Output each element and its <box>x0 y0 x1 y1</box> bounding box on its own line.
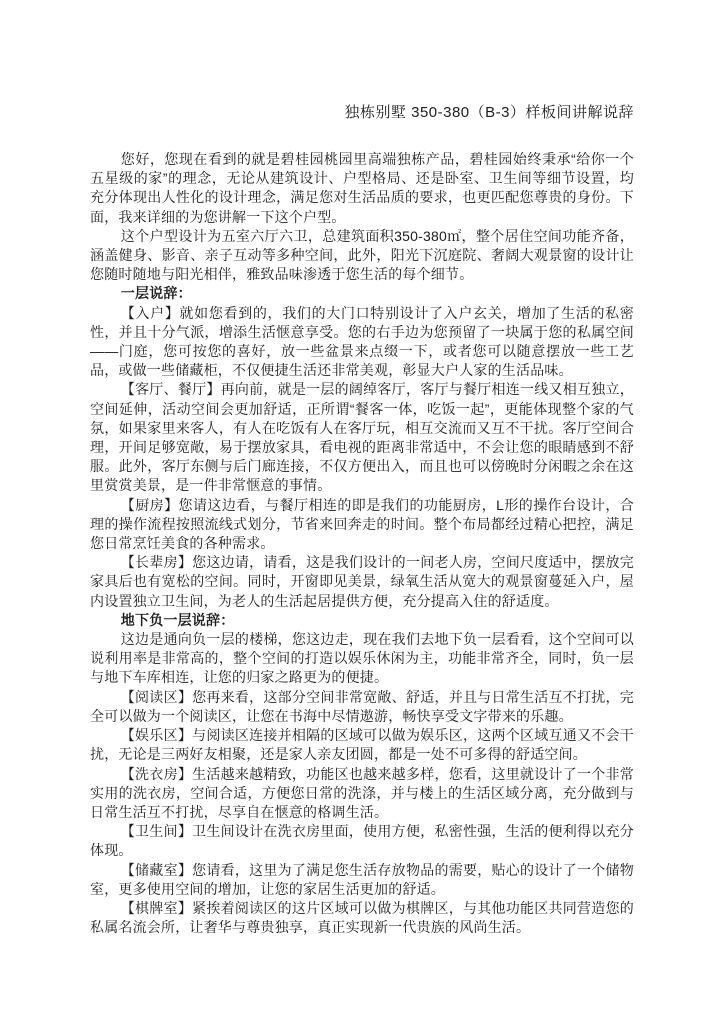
paragraph: 【储藏室】您请看，这里为了满足您生活存放物品的需要，贴心的设计了一个储物室，更多… <box>90 861 634 899</box>
paragraph: 【厨房】您请这边看，与餐厅相连的即是我们的功能厨房，L形的操作台设计，合理的操作… <box>90 496 634 554</box>
document-body: 您好，您现在看到的就是碧桂园桃园里高端独栋产品，碧桂园始终秉承“给你一个五星级的… <box>90 150 634 937</box>
section-heading: 地下负一层说辞： <box>90 611 634 630</box>
paragraph: 【长辈房】您这边请，请看，这是我们设计的一间老人房，空间尺度适中，摆放完家具后也… <box>90 553 634 611</box>
paragraph: 这个户型设计为五室六厅六卫，总建筑面积350-380㎡，整个居住空间功能齐备，涵… <box>90 227 634 285</box>
paragraph: 【洗衣房】生活越来越精致，功能区也越来越多样，您看，这里就设计了一个非常实用的洗… <box>90 765 634 823</box>
paragraph: 【阅读区】您再来看，这部分空间非常宽敞、舒适，并且与日常生活互不打扰，完全可以做… <box>90 688 634 726</box>
document-title: 独栋别墅 350-380（B-3）样板间讲解说辞 <box>90 103 634 123</box>
paragraph: 您好，您现在看到的就是碧桂园桃园里高端独栋产品，碧桂园始终秉承“给你一个五星级的… <box>90 150 634 227</box>
paragraph: 【入户】就如您看到的，我们的大门口特别设计了入户玄关，增加了生活的私密性，并且十… <box>90 304 634 381</box>
paragraph: 【棋牌室】紧挨着阅读区的这片区域可以做为棋牌区，与其他功能区共同营造您的私属名流… <box>90 899 634 937</box>
paragraph: 【客厅、餐厅】再向前，就是一层的阔绰客厅，客厅与餐厅相连一线又相互独立，空间延伸… <box>90 380 634 495</box>
paragraph: 这边是通向负一层的楼梯，您这边走，现在我们去地下负一层看看，这个空间可以说利用率… <box>90 630 634 688</box>
paragraph: 【卫生间】卫生间设计在洗衣房里面，使用方便，私密性强，生活的便利得以充分体现。 <box>90 822 634 860</box>
document-page: 独栋别墅 350-380（B-3）样板间讲解说辞 您好，您现在看到的就是碧桂园桃… <box>0 0 724 1024</box>
paragraph: 【娱乐区】与阅读区连接并相隔的区域可以做为娱乐区，这两个区域互通又不会干扰，无论… <box>90 726 634 764</box>
section-heading: 一层说辞： <box>90 284 634 303</box>
